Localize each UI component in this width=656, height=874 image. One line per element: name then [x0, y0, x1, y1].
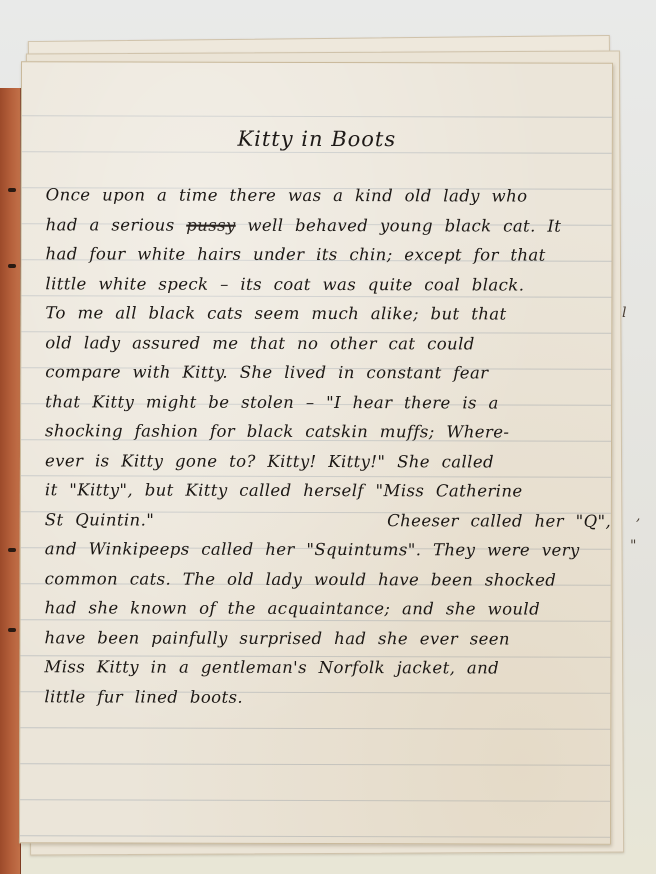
text-line: St Quintin." Cheeser called her "Q", [45, 505, 601, 536]
binding-stitch [8, 548, 16, 552]
text-line: common cats. The old lady would have bee… [45, 564, 601, 595]
text-line: that Kitty might be stolen – "I hear the… [45, 387, 601, 418]
text-line: and Winkipeeps called her "Squintums". T… [45, 534, 601, 565]
line-segment: well behaved young black cat. It [247, 215, 561, 235]
text-line: Once upon a time there was a kind old la… [46, 180, 602, 211]
text-line: compare with Kitty. She lived in constan… [45, 357, 601, 388]
text-line: ever is Kitty gone to? Kitty! Kitty!" Sh… [45, 446, 601, 477]
manuscript-body: Once upon a time there was a kind old la… [44, 180, 601, 712]
text-line: old lady assured me that no other cat co… [45, 328, 601, 359]
margin-mark: , [636, 508, 640, 524]
text-line: little fur lined boots. [44, 682, 600, 713]
text-line: shocking fashion for black catskin muffs… [45, 416, 601, 447]
text-line: To me all black cats seem much alike; bu… [45, 298, 601, 329]
margin-mark: " [630, 538, 636, 554]
text-line: have been painfully surprised had she ev… [44, 623, 600, 654]
page-title: Kitty in Boots [22, 126, 612, 152]
manuscript-page: Kitty in Boots Once upon a time there wa… [19, 61, 613, 845]
text-line: little white speck – its coat was quite … [45, 269, 601, 300]
notebook-binding [0, 88, 21, 874]
text-line: Miss Kitty in a gentleman's Norfolk jack… [44, 652, 600, 683]
line-segment: had a serious [46, 215, 175, 234]
text-line: had four white hairs under its chin; exc… [45, 239, 601, 270]
text-line: had she known of the acquaintance; and s… [45, 593, 601, 624]
binding-stitch [8, 188, 16, 192]
binding-stitch [8, 264, 16, 268]
struck-word: pussy [186, 215, 236, 234]
binding-stitch [8, 628, 16, 632]
text-line-with-strikethrough: had a serious pussy well behaved young b… [46, 210, 602, 241]
margin-mark: l [622, 305, 626, 321]
text-line: it "Kitty", but Kitty called herself "Mi… [45, 475, 601, 506]
